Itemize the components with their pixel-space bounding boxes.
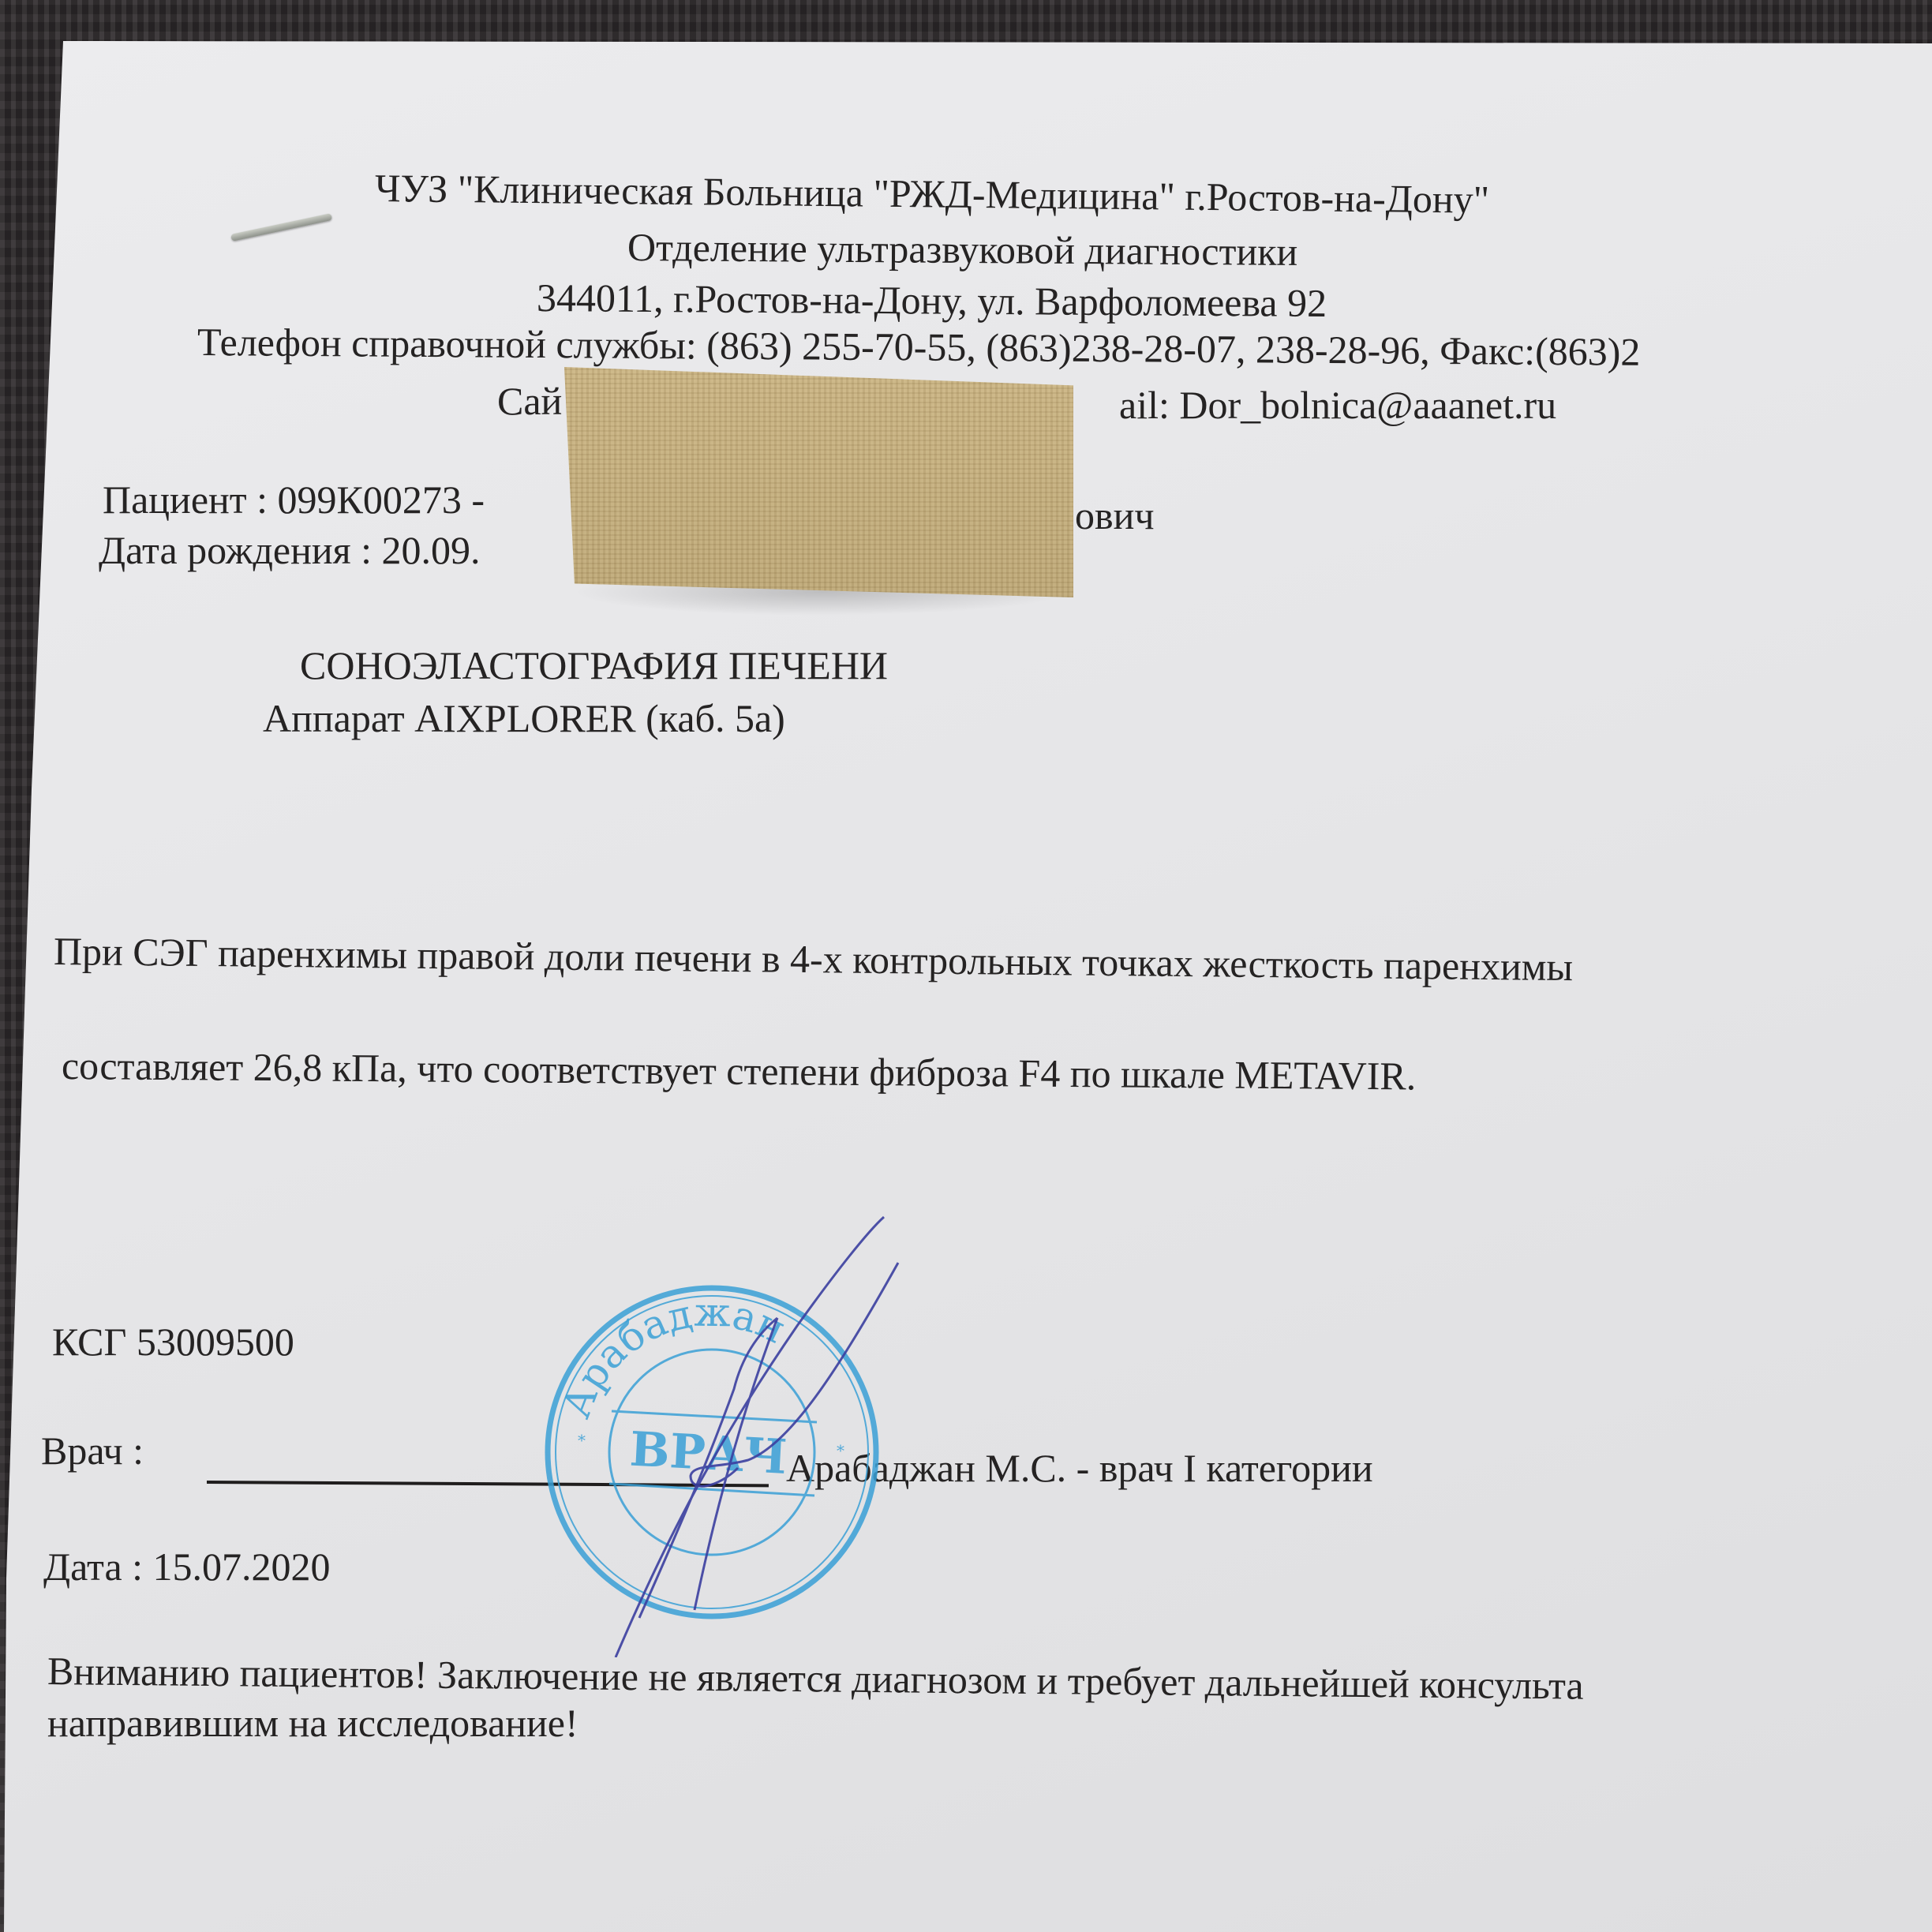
study-title: СОНОЭЛАСТОГРАФИЯ ПЕЧЕНИ (300, 646, 888, 685)
doctor-stamp-icon: Арабаджан ВРАЧ * * (537, 1215, 900, 1657)
svg-text:*: * (837, 1441, 844, 1460)
institution-name: ЧУЗ "Клиническая Больница "РЖД-Медицина"… (375, 168, 1490, 219)
patient-birth-date: Дата рождения : 20.09. (99, 530, 481, 570)
doctor-label: Врач : (41, 1431, 144, 1470)
institution-address: 344011, г.Ростов-на-Дону, ул. Варфоломее… (537, 278, 1327, 323)
svg-text:*: * (578, 1431, 586, 1450)
patient-notice-line-2: направившим на исследование! (47, 1703, 578, 1743)
patient-id: Пациент : 099К00273 - (103, 480, 485, 519)
website-fragment: Сай (497, 381, 562, 421)
ksg-code: КСГ 53009500 (52, 1322, 294, 1361)
email-address: ail: Dor_bolnica@aaanet.ru (1119, 385, 1556, 425)
report-date: Дата : 15.07.2020 (43, 1547, 331, 1586)
study-device: Аппарат AIXPLORER (каб. 5а) (263, 698, 785, 738)
patient-name-fragment: ович (1075, 496, 1155, 535)
contact-phones: Телефон справочной службы: (863) 255-70-… (197, 322, 1641, 372)
redaction-patch (564, 367, 1073, 597)
finding-line-2: составляет 26,8 кПа, что соответствует с… (62, 1046, 1417, 1095)
department-name: Отделение ультразвуковой диагностики (627, 227, 1298, 271)
